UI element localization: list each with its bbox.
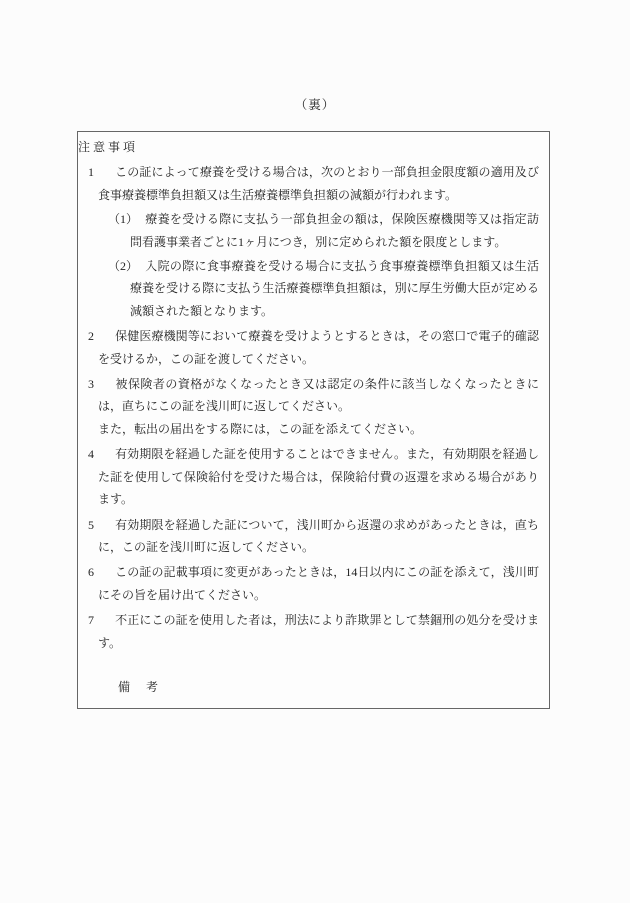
- notice-title: 注意事項: [78, 136, 539, 158]
- subitem-text: 療養を受ける際に支払う一部負担金の額は，保険医療機関等又は指定訪問看護事業者ごと…: [130, 212, 539, 248]
- item-text: 保健医療機関等において療養を受けようとするときは，その窓口で電子的確認を受けるか…: [98, 329, 539, 365]
- item-number: 7: [88, 609, 115, 631]
- item-number: 6: [88, 561, 115, 583]
- item-number: 3: [88, 373, 115, 395]
- subitem-number: （2）: [108, 255, 145, 277]
- item-text: 有効期限を経過した証について，浅川町から返還の求めがあったときは，直ちに，この証…: [98, 518, 539, 554]
- item-number: 5: [88, 514, 115, 536]
- notice-item-2: 2保健医療機関等において療養を受けようとするときは，その窓口で電子的確認を受ける…: [78, 325, 539, 370]
- notice-item-3: 3被保険者の資格がなくなったとき又は認定の条件に該当しなくなったときには，直ちに…: [78, 373, 539, 418]
- notice-box: 注意事項 1この証によって療養を受ける場合は，次のとおり一部負担金限度額の適用及…: [77, 131, 550, 709]
- item-text: 不正にこの証を使用した者は，刑法により詐欺罪として禁錮刑の処分を受けます。: [98, 613, 539, 649]
- notice-item-1-sub-2: （2）入院の際に食事療養を受ける場合に支払う食事療養標準負担額又は生活療養を受け…: [78, 255, 539, 322]
- item-text: 有効期限を経過した証を使用することはできません。また，有効期限を経過した証を使用…: [98, 447, 539, 506]
- item-number: 4: [88, 443, 115, 465]
- item-number: 2: [88, 325, 115, 347]
- notice-item-1: 1この証によって療養を受ける場合は，次のとおり一部負担金限度額の適用及び食事療養…: [78, 161, 539, 206]
- item-text: この証の記載事項に変更があったときは，14日以内にこの証を添えて，浅川町にその旨…: [98, 565, 539, 601]
- subitem-text: 入院の際に食事療養を受ける場合に支払う食事療養標準負担額又は生活療養を受ける際に…: [130, 259, 539, 318]
- item-text: 被保険者の資格がなくなったとき又は認定の条件に該当しなくなったときには，直ちにこ…: [98, 377, 539, 413]
- remarks-label: 備 考: [78, 676, 539, 698]
- notice-item-5: 5有効期限を経過した証について，浅川町から返還の求めがあったときは，直ちに，この…: [78, 514, 539, 559]
- item-text: この証によって療養を受ける場合は，次のとおり一部負担金限度額の適用及び食事療養標…: [98, 165, 539, 201]
- item-number: 1: [88, 161, 115, 183]
- notice-item-6: 6この証の記載事項に変更があったときは，14日以内にこの証を添えて，浅川町にその…: [78, 561, 539, 606]
- document-page: （裏） 注意事項 1この証によって療養を受ける場合は，次のとおり一部負担金限度額…: [0, 0, 630, 903]
- side-label: （裏）: [0, 95, 630, 113]
- notice-item-7: 7不正にこの証を使用した者は，刑法により詐欺罪として禁錮刑の処分を受けます。: [78, 609, 539, 654]
- notice-item-3-extra: また，転出の届出をする際には，この証を添えてください。: [78, 418, 539, 440]
- notice-item-1-sub-1: （1）療養を受ける際に支払う一部負担金の額は，保険医療機関等又は指定訪問看護事業…: [78, 208, 539, 253]
- subitem-number: （1）: [108, 208, 145, 230]
- notice-item-4: 4有効期限を経過した証を使用することはできません。また，有効期限を経過した証を使…: [78, 443, 539, 510]
